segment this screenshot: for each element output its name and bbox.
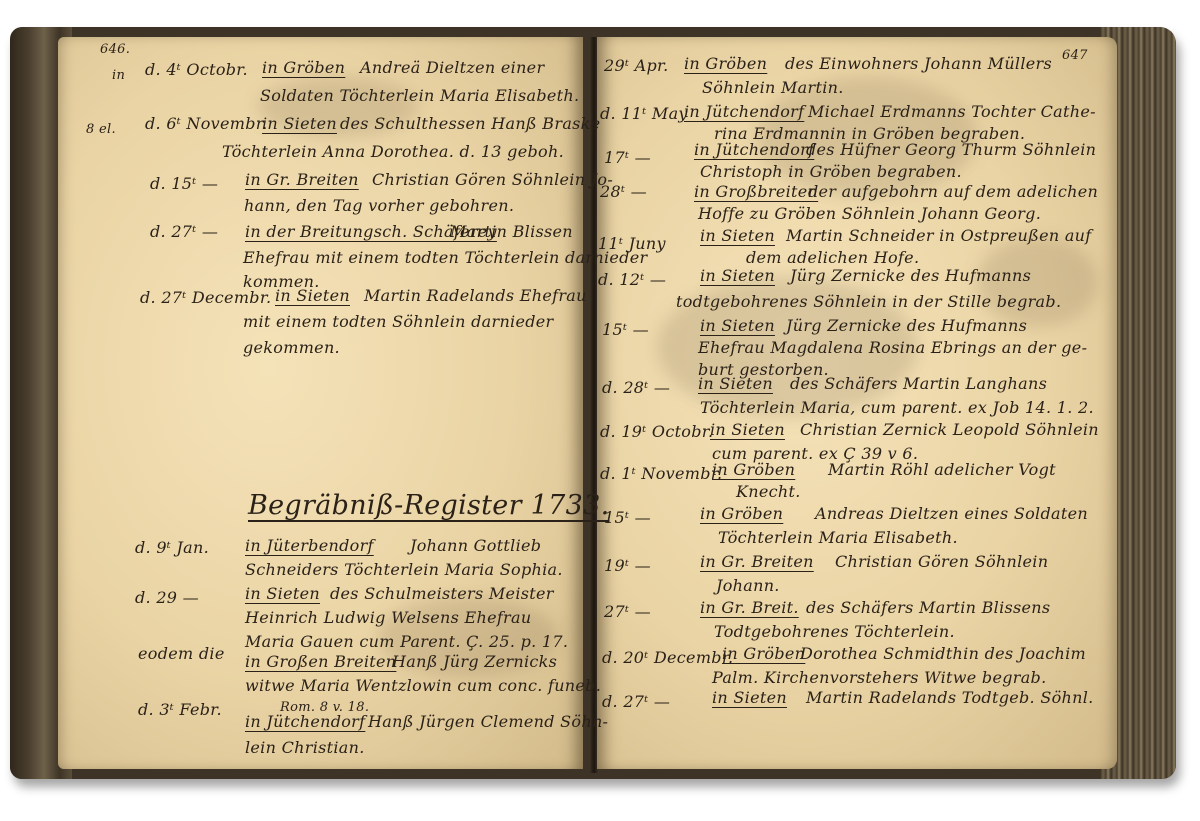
entry-text: Schneiders Töchterlein Maria Sophia. [245,560,563,579]
entry-text: Christian Gören Söhnlein Jo- [372,170,613,189]
page-number-left: 646. [100,42,130,57]
entry-place: in Sieten [698,374,773,393]
entry-text: des Schäfers Martin Blissens [806,598,1050,617]
entry-text: Söhnlein Martin. [702,78,844,97]
entry-text: Christian Gören Söhnlein [835,552,1048,571]
entry-place: in Jütchendorf [694,140,814,159]
entry-text: Dorothea Schmidthin des Joachim [800,644,1086,663]
entry-date: d. 27ᵗ — [602,692,670,711]
entry-text: Martin Radelands Todtgeb. Söhnl. [806,688,1094,707]
entry-place: in Jüterbendorf [245,536,374,555]
entry-text: des Schulmeisters Meister [330,584,554,603]
entry-place: in Gröben [684,54,767,73]
entry-text: Martin Röhl adelicher Vogt [828,460,1056,479]
entry-text: Christian Zernick Leopold Söhnlein [800,420,1099,439]
entry-date: d. 3ᵗ Febr. [138,700,222,719]
entry-place: in Großbreiten [694,182,818,201]
entry-place: in Gröben [722,644,805,663]
entry-date: d. 6ᵗ Novembr. [145,114,267,133]
entry-date: 27ᵗ — [604,602,651,621]
entry-date: d. 29 — [135,588,199,607]
entry-text: Hanß Jürg Zernicks [392,652,557,671]
entry-text: Ehefrau Magdalena Rosina Ebrings an der … [698,338,1087,357]
entry-text: Ehefrau mit einem todten Töchterlein dar… [243,248,647,267]
entry-date margin-note-eodem-die: eodem die [138,644,225,663]
entry-text: hann, den Tag vorher gebohren. [244,196,514,215]
entry-text: witwe Maria Wentzlowin cum conc. funeb. [245,676,601,695]
margin-note: 8 el. [86,122,116,137]
entry-text: mit einem todten Söhnlein darnieder [243,312,554,331]
entry-date: d. 1ᵗ Novembr. [600,464,722,483]
entry-text: Andreas Dieltzen eines Soldaten [815,504,1088,523]
entry-text: Martin Schneider in Ostpreußen auf [786,226,1092,245]
entry-place: in Sieten [712,688,787,707]
entry-text: Hanß Jürgen Clemend Söhn- [368,712,608,731]
margin-note: in [112,68,125,83]
entry-text: dem adelichen Hofe. [746,248,919,267]
entry-place: in Gröben [700,504,783,523]
entry-date: 29ᵗ Apr. [604,56,669,75]
entry-date: d. 4ᵗ Octobr. [145,60,248,79]
entry-text: Maria Gauen cum Parent. Ç. 25. p. 17. [245,632,568,651]
entry-date: 28ᵗ — [600,182,647,201]
entry-place: in Sieten [245,584,320,603]
entry-text: Töchterlein Maria Elisabeth. [718,528,958,547]
entry-place: in Sieten [275,286,350,305]
entry-date: d. 19ᵗ Octobr. [600,422,713,441]
entry-text: Soldaten Töchterlein Maria Elisabeth. [260,86,579,105]
entry-place: in Gr. Breiten [245,170,359,189]
entry-text: Martin Radelands Ehefrau [364,286,587,305]
entry-place: in Gr. Breiten [700,552,814,571]
entry-text: Jürg Zernicke des Hufmanns [790,266,1031,285]
entry-text: Christoph in Gröben begraben. [700,162,962,181]
entry-place: in Sieten [700,316,775,335]
entry-place: in Gr. Breit. [700,598,799,617]
entry-text: Palm. Kirchenvorstehers Witwe begrab. [712,668,1046,687]
entry-text: des Hüfner Georg Thurm Söhnlein [806,140,1096,159]
entry-text: des Einwohners Johann Müllers [785,54,1052,73]
entry-date: d. 28ᵗ — [602,378,670,397]
entry-text: des Schulthessen Hanß Braske [340,114,600,133]
entry-text: Knecht. [736,482,801,501]
entry-text: Hoffe zu Gröben Söhnlein Johann Georg. [698,204,1041,223]
entry-place: in Jütchendorf [684,102,804,121]
entry-date: d. 12ᵗ — [598,270,666,289]
entry-place: in Sieten [700,266,775,285]
entry-text: lein Christian. [245,738,365,757]
entry-text: Johann Gottlieb [410,536,541,555]
entry-place: in Sieten [262,114,337,133]
entry-place: in Sieten [710,420,785,439]
entry-date: d. 11ᵗ May [600,104,688,123]
entry-text: Töchterlein Anna Dorothea. d. 13 geboh. [222,142,564,161]
entry-text: Jürg Zernicke des Hufmanns [786,316,1027,335]
entry-text: Heinrich Ludwig Welsens Ehefrau [245,608,531,627]
entry-date: 11ᵗ Juny [598,234,666,253]
entry-text: Töchterlein Maria, cum parent. ex Job 14… [700,398,1094,417]
entry-place: in Gröben [262,58,345,77]
entry-date: d. 15ᵗ — [150,174,218,193]
entry-date: d. 20ᵗ Decembr. [602,648,733,667]
entry-text: der aufgebohrn auf dem adelichen [808,182,1098,201]
entry-date: d. 27ᵗ — [150,222,218,241]
entry-date: 15ᵗ — [602,320,649,339]
page-number-right: 647 [1062,48,1088,63]
register-title: Begräbniß-Register 1733. [248,490,609,521]
entry-text: Michael Erdmanns Tochter Cathe- [808,102,1096,121]
entry-text: Todtgebohrenes Töchterlein. [714,622,955,641]
entry-text: Martin Blissen [450,222,573,241]
entry-date: 17ᵗ — [604,148,651,167]
entry-text: Andreä Dieltzen einer [360,58,544,77]
entry-place: in Jütchendorf [245,712,365,731]
entry-text: Johann. [716,576,780,595]
entry-text: gekommen. [243,338,340,357]
entry-date: 19ᵗ — [604,556,651,575]
entry-text: todtgebohrenes Söhnlein in der Stille be… [676,292,1061,311]
entry-date: d. 9ᵗ Jan. [135,538,209,557]
entry-text: des Schäfers Martin Langhans [790,374,1047,393]
entry-place: in Gröben [712,460,795,479]
entry-place: in Sieten [700,226,775,245]
entry-place: in Großen Breiten [245,652,396,671]
entry-date: d. 27ᵗ Decembr. [140,288,271,307]
entry-date: 15ᵗ — [604,508,651,527]
